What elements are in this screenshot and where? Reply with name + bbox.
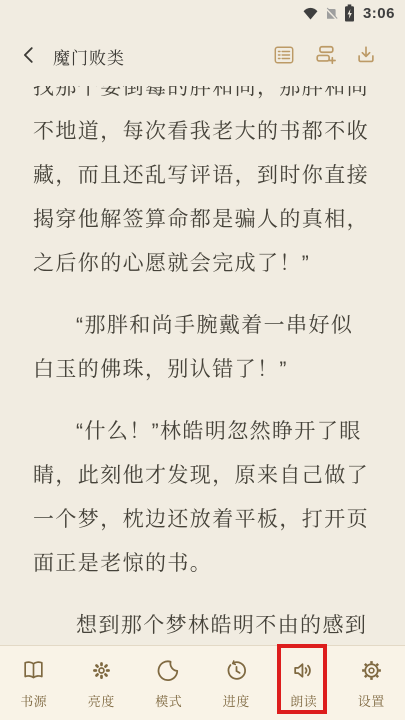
catalog-icon bbox=[273, 44, 295, 69]
back-button[interactable] bbox=[14, 38, 44, 74]
text-line: 白玉的佛珠，别认错了！” bbox=[33, 348, 372, 392]
toolbar-item-settings[interactable]: 设置 bbox=[338, 654, 405, 712]
reader-screen: 3:06 魔门败类 bbox=[0, 0, 405, 720]
text-line: 面正是老惊的书。 bbox=[33, 542, 372, 586]
text-line: 揭穿他解签算命都是骗人的真相， bbox=[33, 198, 372, 242]
moon-icon bbox=[156, 658, 181, 686]
toolbar-label: 进度 bbox=[223, 691, 250, 710]
battery-charging-icon bbox=[344, 4, 355, 22]
paragraph: 想到那个梦林皓明不由的感到 bbox=[33, 604, 372, 645]
toolbar-label: 朗读 bbox=[290, 691, 317, 710]
toolbar-item-book-source[interactable]: 书源 bbox=[0, 654, 68, 712]
header-actions bbox=[273, 44, 391, 69]
toolbar-item-progress[interactable]: 进度 bbox=[203, 654, 271, 712]
text-line: 睛，此刻他才发现，原来自己做了 bbox=[33, 454, 372, 498]
text-line: “那胖和尚手腕戴着一串好似 bbox=[33, 304, 372, 348]
paragraph: “什么！”林皓明忽然睁开了眼睛，此刻他才发现，原来自己做了一个梦，枕边还放着平板… bbox=[33, 410, 372, 586]
text-line: “什么！”林皓明忽然睁开了眼 bbox=[33, 410, 372, 454]
no-network-icon bbox=[324, 6, 339, 21]
paragraphs: 找那个要倒霉的胖和尚，那胖和尚不地道，每次看我老大的书都不收藏，而且还乱写评语，… bbox=[33, 86, 372, 645]
status-time: 3:06 bbox=[363, 5, 395, 22]
download-icon bbox=[355, 44, 377, 69]
text-line: 想到那个梦林皓明不由的感到 bbox=[33, 604, 372, 645]
catalog-button[interactable] bbox=[273, 44, 295, 69]
toolbar-item-mode[interactable]: 模式 bbox=[135, 654, 203, 712]
toolbar-label: 设置 bbox=[358, 691, 385, 710]
speaker-icon bbox=[291, 658, 316, 686]
text-line: 藏，而且还乱写评语，到时你直接 bbox=[33, 154, 372, 198]
download-button[interactable] bbox=[355, 44, 377, 69]
change-source-icon bbox=[314, 44, 336, 69]
chevron-left-icon bbox=[18, 44, 40, 69]
toolbar-item-brightness[interactable]: 亮度 bbox=[68, 654, 136, 712]
toolbar-label: 亮度 bbox=[88, 691, 115, 710]
paragraph: 找那个要倒霉的胖和尚，那胖和尚不地道，每次看我老大的书都不收藏，而且还乱写评语，… bbox=[33, 86, 372, 286]
text-line: 一个梦，枕边还放着平板，打开页 bbox=[33, 498, 372, 542]
progress-clock-icon bbox=[224, 658, 249, 686]
book-title: 魔门败类 bbox=[53, 44, 125, 69]
brightness-icon bbox=[89, 658, 114, 686]
text-line: 之后你的心愿就会完成了！” bbox=[33, 242, 372, 286]
reading-area[interactable]: 找那个要倒霉的胖和尚，那胖和尚不地道，每次看我老大的书都不收藏，而且还乱写评语，… bbox=[0, 86, 405, 645]
toolbar-label: 模式 bbox=[155, 691, 182, 710]
wifi-icon bbox=[302, 6, 319, 21]
paragraph: “那胖和尚手腕戴着一串好似白玉的佛珠，别认错了！” bbox=[33, 304, 372, 392]
change-source-button[interactable] bbox=[314, 44, 336, 69]
bottom-toolbar: 书源 亮度 模式 bbox=[0, 645, 405, 720]
status-bar: 3:06 bbox=[0, 0, 405, 26]
text-line: 不地道，每次看我老大的书都不收 bbox=[33, 110, 372, 154]
book-source-icon bbox=[21, 658, 46, 686]
reader-header: 魔门败类 bbox=[0, 26, 405, 86]
toolbar-label: 书源 bbox=[20, 691, 47, 710]
text-line: 找那个要倒霉的胖和尚，那胖和尚 bbox=[33, 86, 372, 110]
toolbar-item-read-aloud[interactable]: 朗读 bbox=[270, 654, 338, 712]
gear-icon bbox=[359, 658, 384, 686]
